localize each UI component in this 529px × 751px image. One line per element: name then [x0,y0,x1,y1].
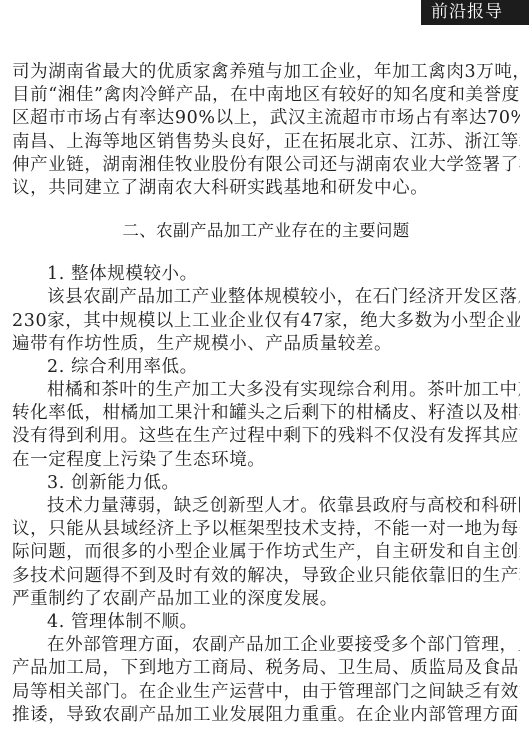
text-line: 议，只能从县域经济上予以框架型技术支持，不能一对一地为每个企业解决实 [12,518,520,541]
text-line: 议，共同建立了湖南农大科研实践基地和研发中心。 [12,177,520,200]
text-line: 多技术问题得不到及时有效的解决，导致企业只能依靠旧的生产和加工方式， [12,565,520,588]
section-heading: 二、农副产品加工产业存在的主要问题 [12,219,520,242]
intro-paragraph: 司为湖南省最大的优质家禽养殖与加工企业，年加工禽肉3万吨，产值9亿元。 目前“湘… [12,61,520,200]
text-line: 转化率低，柑橘加工果汁和罐头之后剩下的柑橘皮、籽渣以及柑橘果渣等基本 [12,402,520,425]
text-line: 目前“湘佳”禽肉冷鲜产品，在中南地区有较好的知名度和美誉度，长株潭地 [12,84,520,107]
section-badge: 前沿报导 [421,0,529,25]
text-line: 遍带有作坊性质，生产规模小、产品质量较差。 [12,333,520,356]
subsection-title: 2. 综合利用率低。 [12,356,520,379]
text-line: 230家，其中规模以上工业企业仅有47家，绝大多数为小型企业，这些企业普 [12,310,520,333]
text-line: 际问题，而很多的小型企业属于作坊式生产，自主研发和自主创新能力低，许 [12,541,520,564]
text-line: 区超市市场占有率达90%以上，武汉主流超市市场占有率达70%以上，重庆、 [12,107,520,130]
text-line: 在一定程度上污染了生态环境。 [12,449,520,472]
text-line: 该县农副产品加工产业整体规模较小，在石门经济开发区落户的企业有 [12,286,520,309]
subsection-title: 3. 创新能力低。 [12,472,520,495]
text-line: 推诿，导致农副产品加工业发展阻力重重。在企业内部管理方面，由于加工企 [12,704,520,727]
text-line: 没有得到利用。这些在生产过程中剩下的残料不仅没有发挥其应有的价值，还 [12,425,520,448]
text-line: 局等相关部门。在企业生产运营中，由于管理部门之间缺乏有效沟通且又互相 [12,681,520,704]
text-line: 在外部管理方面，农副产品加工企业要接受多个部门管理，上至农业部农 [12,634,520,657]
text-line: 严重制约了农副产品加工业的深度发展。 [12,588,520,611]
subsection-innovation: 3. 创新能力低。 技术力量薄弱，缺乏创新型人才。依靠县政府与高校和科研院所达成… [12,472,520,611]
subsection-management: 4. 管理体制不顺。 在外部管理方面，农副产品加工企业要接受多个部门管理，上至农… [12,611,520,727]
subsection-scale: 1. 整体规模较小。 该县农副产品加工产业整体规模较小，在石门经济开发区落户的企… [12,263,520,356]
text-line: 柑橘和茶叶的生产加工大多没有实现综合利用。茶叶加工中产生的下脚料 [12,379,520,402]
text-line: 南昌、上海等地区销售势头良好，正在拓展北京、江苏、浙江等地市场。为延 [12,131,520,154]
text-line: 产品加工局，下到地方工商局、税务局、卫生局、质监局及食品药品监督管理 [12,657,520,680]
text-line: 伸产业链，湖南湘佳牧业股份有限公司还与湖南农业大学签署了校企合作协 [12,154,520,177]
article-body: 司为湖南省最大的优质家禽养殖与加工企业，年加工禽肉3万吨，产值9亿元。 目前“湘… [12,61,520,727]
text-line: 技术力量薄弱，缺乏创新型人才。依靠县政府与高校和科研院所达成的协 [12,495,520,518]
text-line: 司为湖南省最大的优质家禽养殖与加工企业，年加工禽肉3万吨，产值9亿元。 [12,61,520,84]
subsection-title: 1. 整体规模较小。 [12,263,520,286]
subsection-title: 4. 管理体制不顺。 [12,611,520,634]
subsection-utilization: 2. 综合利用率低。 柑橘和茶叶的生产加工大多没有实现综合利用。茶叶加工中产生的… [12,356,520,472]
